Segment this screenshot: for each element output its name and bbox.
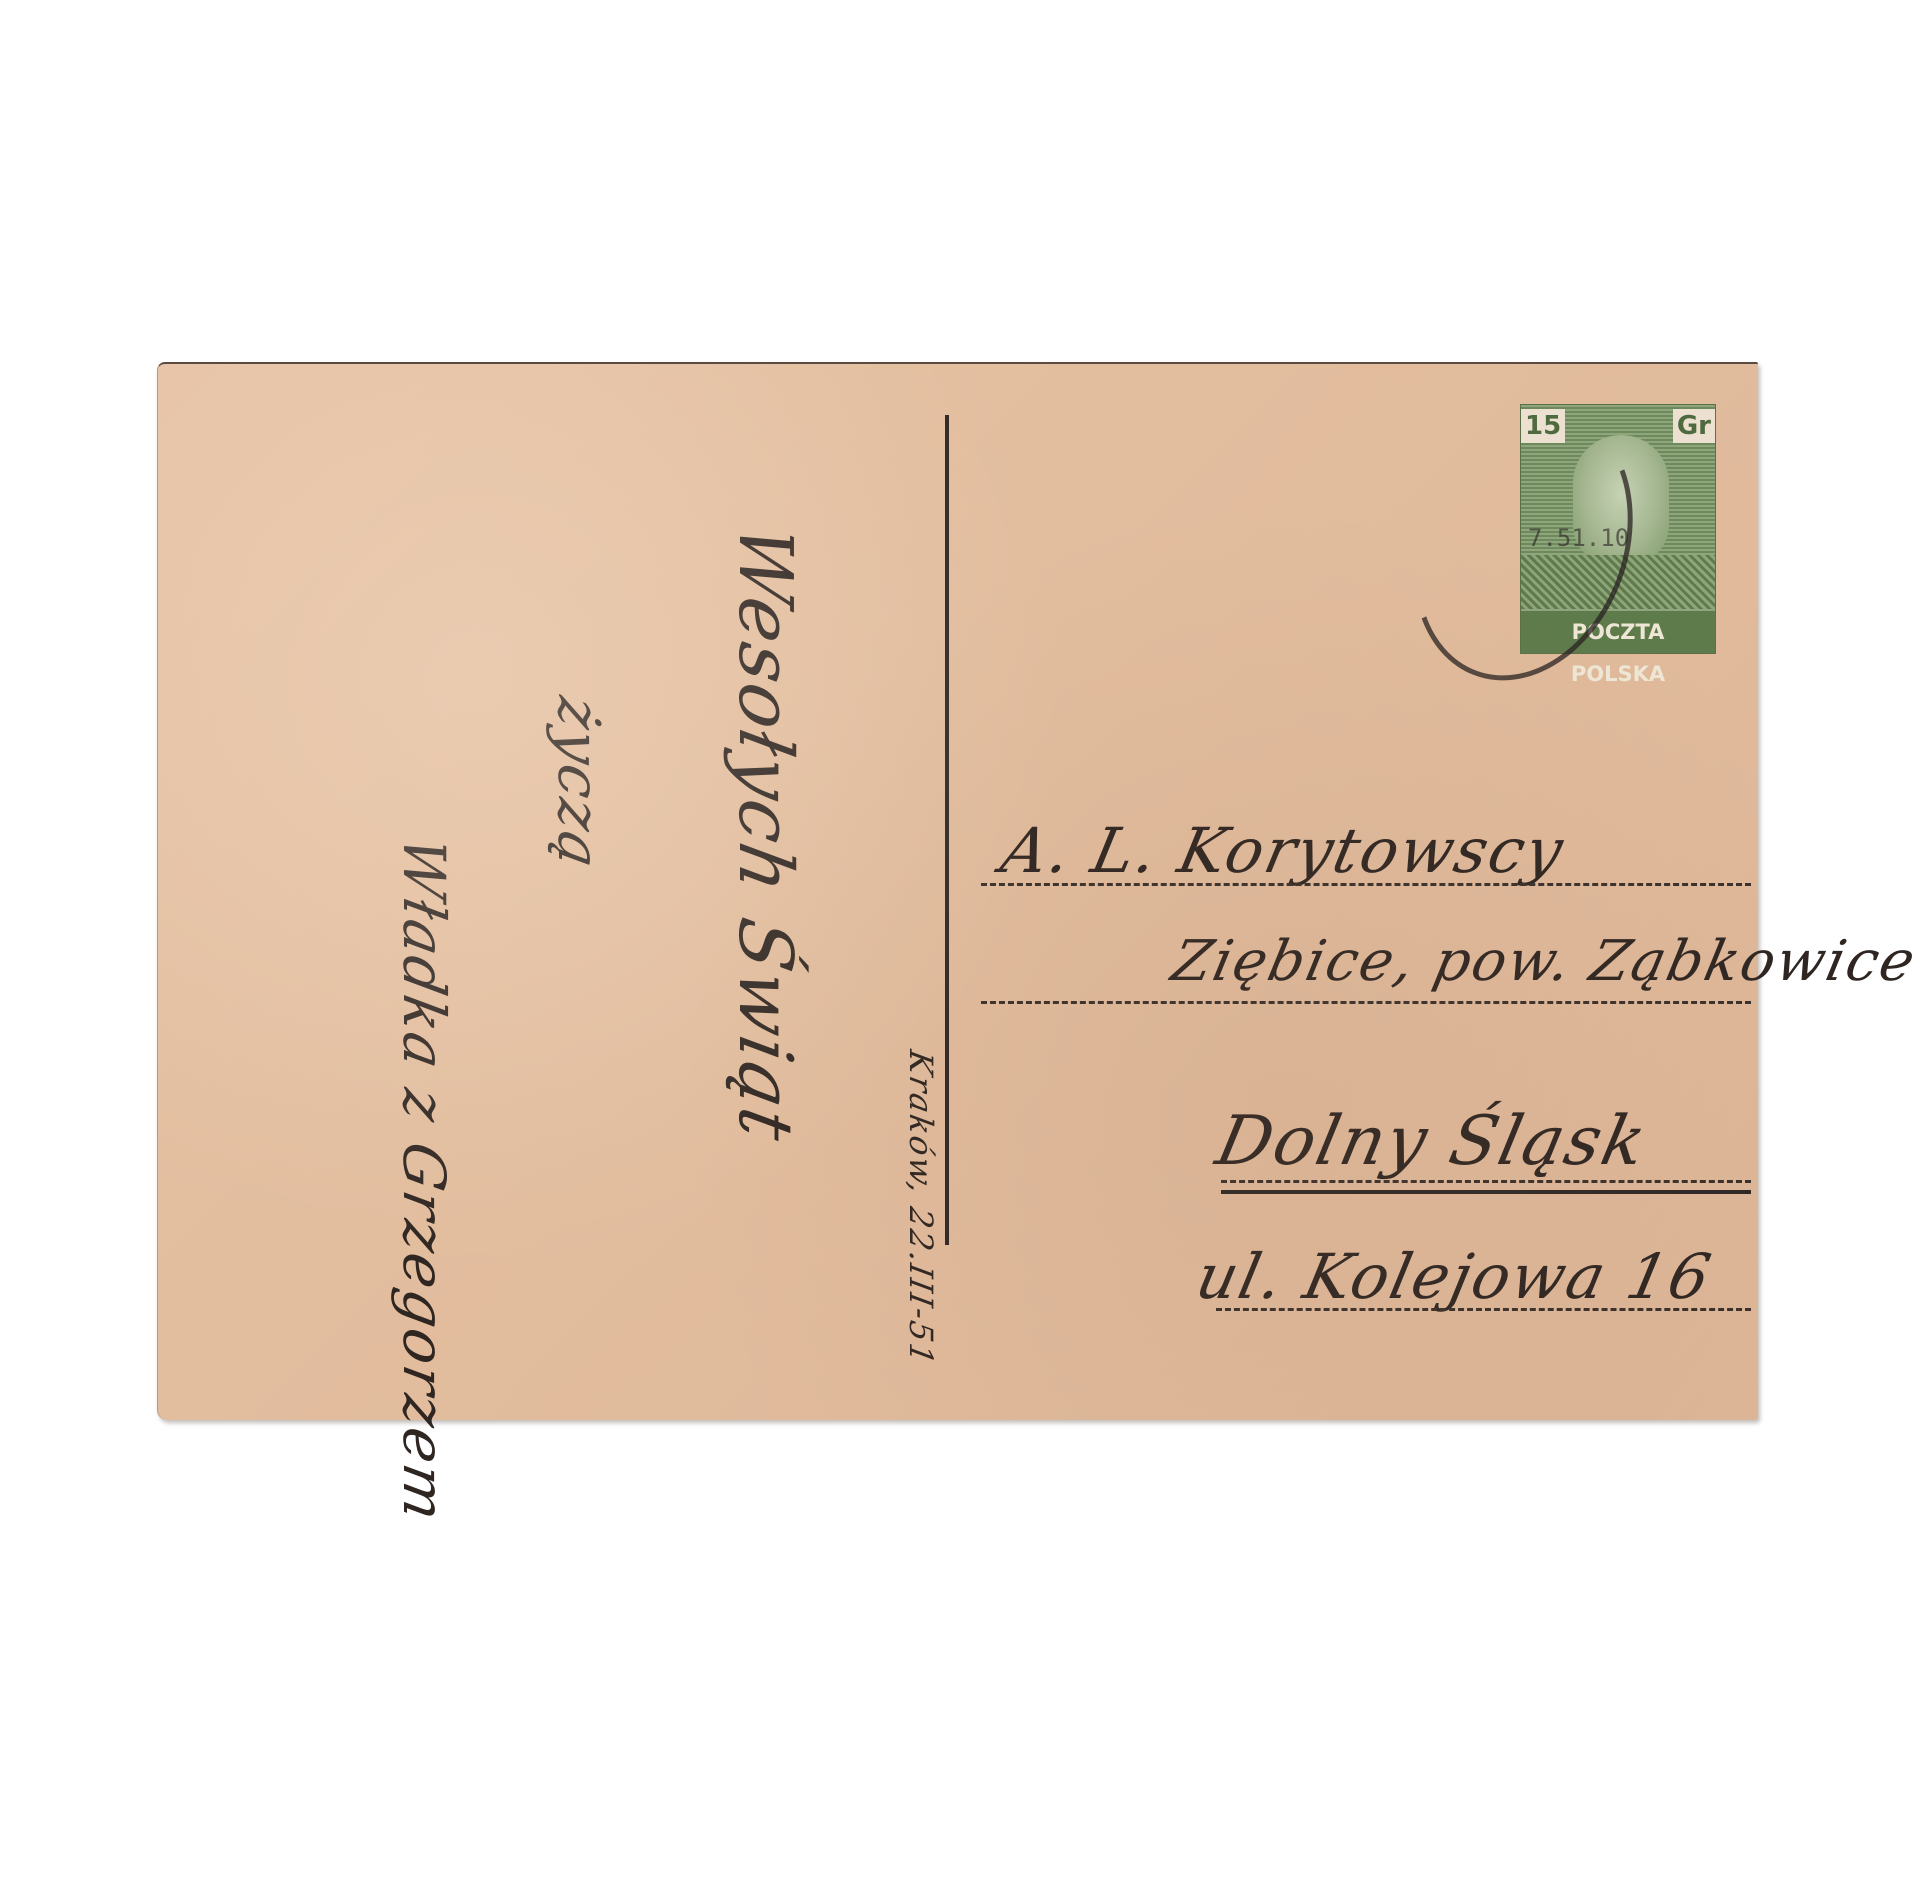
message-greeting: Wesołych Świąt [722, 519, 808, 1148]
address-rule-2 [981, 1001, 1751, 1004]
postcard: Wesołych Świąt życzą Władka z Grzegorzem… [157, 362, 1758, 1420]
address-line-4: ul. Kolejowa 16 [1190, 1240, 1718, 1313]
message-signature: Władka z Grzegorzem [390, 832, 458, 1528]
address-line-1: A. L. Korytowscy [995, 814, 1571, 887]
message-line2: życzą [545, 692, 613, 875]
address-line-3: Dolny Śląsk [1210, 1102, 1655, 1181]
stamp-unit: Gr [1673, 409, 1715, 443]
postmark-date: 7.51.10 [1528, 524, 1629, 552]
address-rule-4 [1216, 1308, 1751, 1311]
message-place-date: Kraków, 22.III-51 [902, 1047, 940, 1369]
address-rule-1 [981, 883, 1751, 886]
center-divider [945, 415, 949, 1245]
address-line-2: Ziębice, pow. Ząbkowice [1166, 929, 1922, 994]
address-underline [1221, 1190, 1751, 1194]
address-rule-3 [1221, 1180, 1751, 1183]
